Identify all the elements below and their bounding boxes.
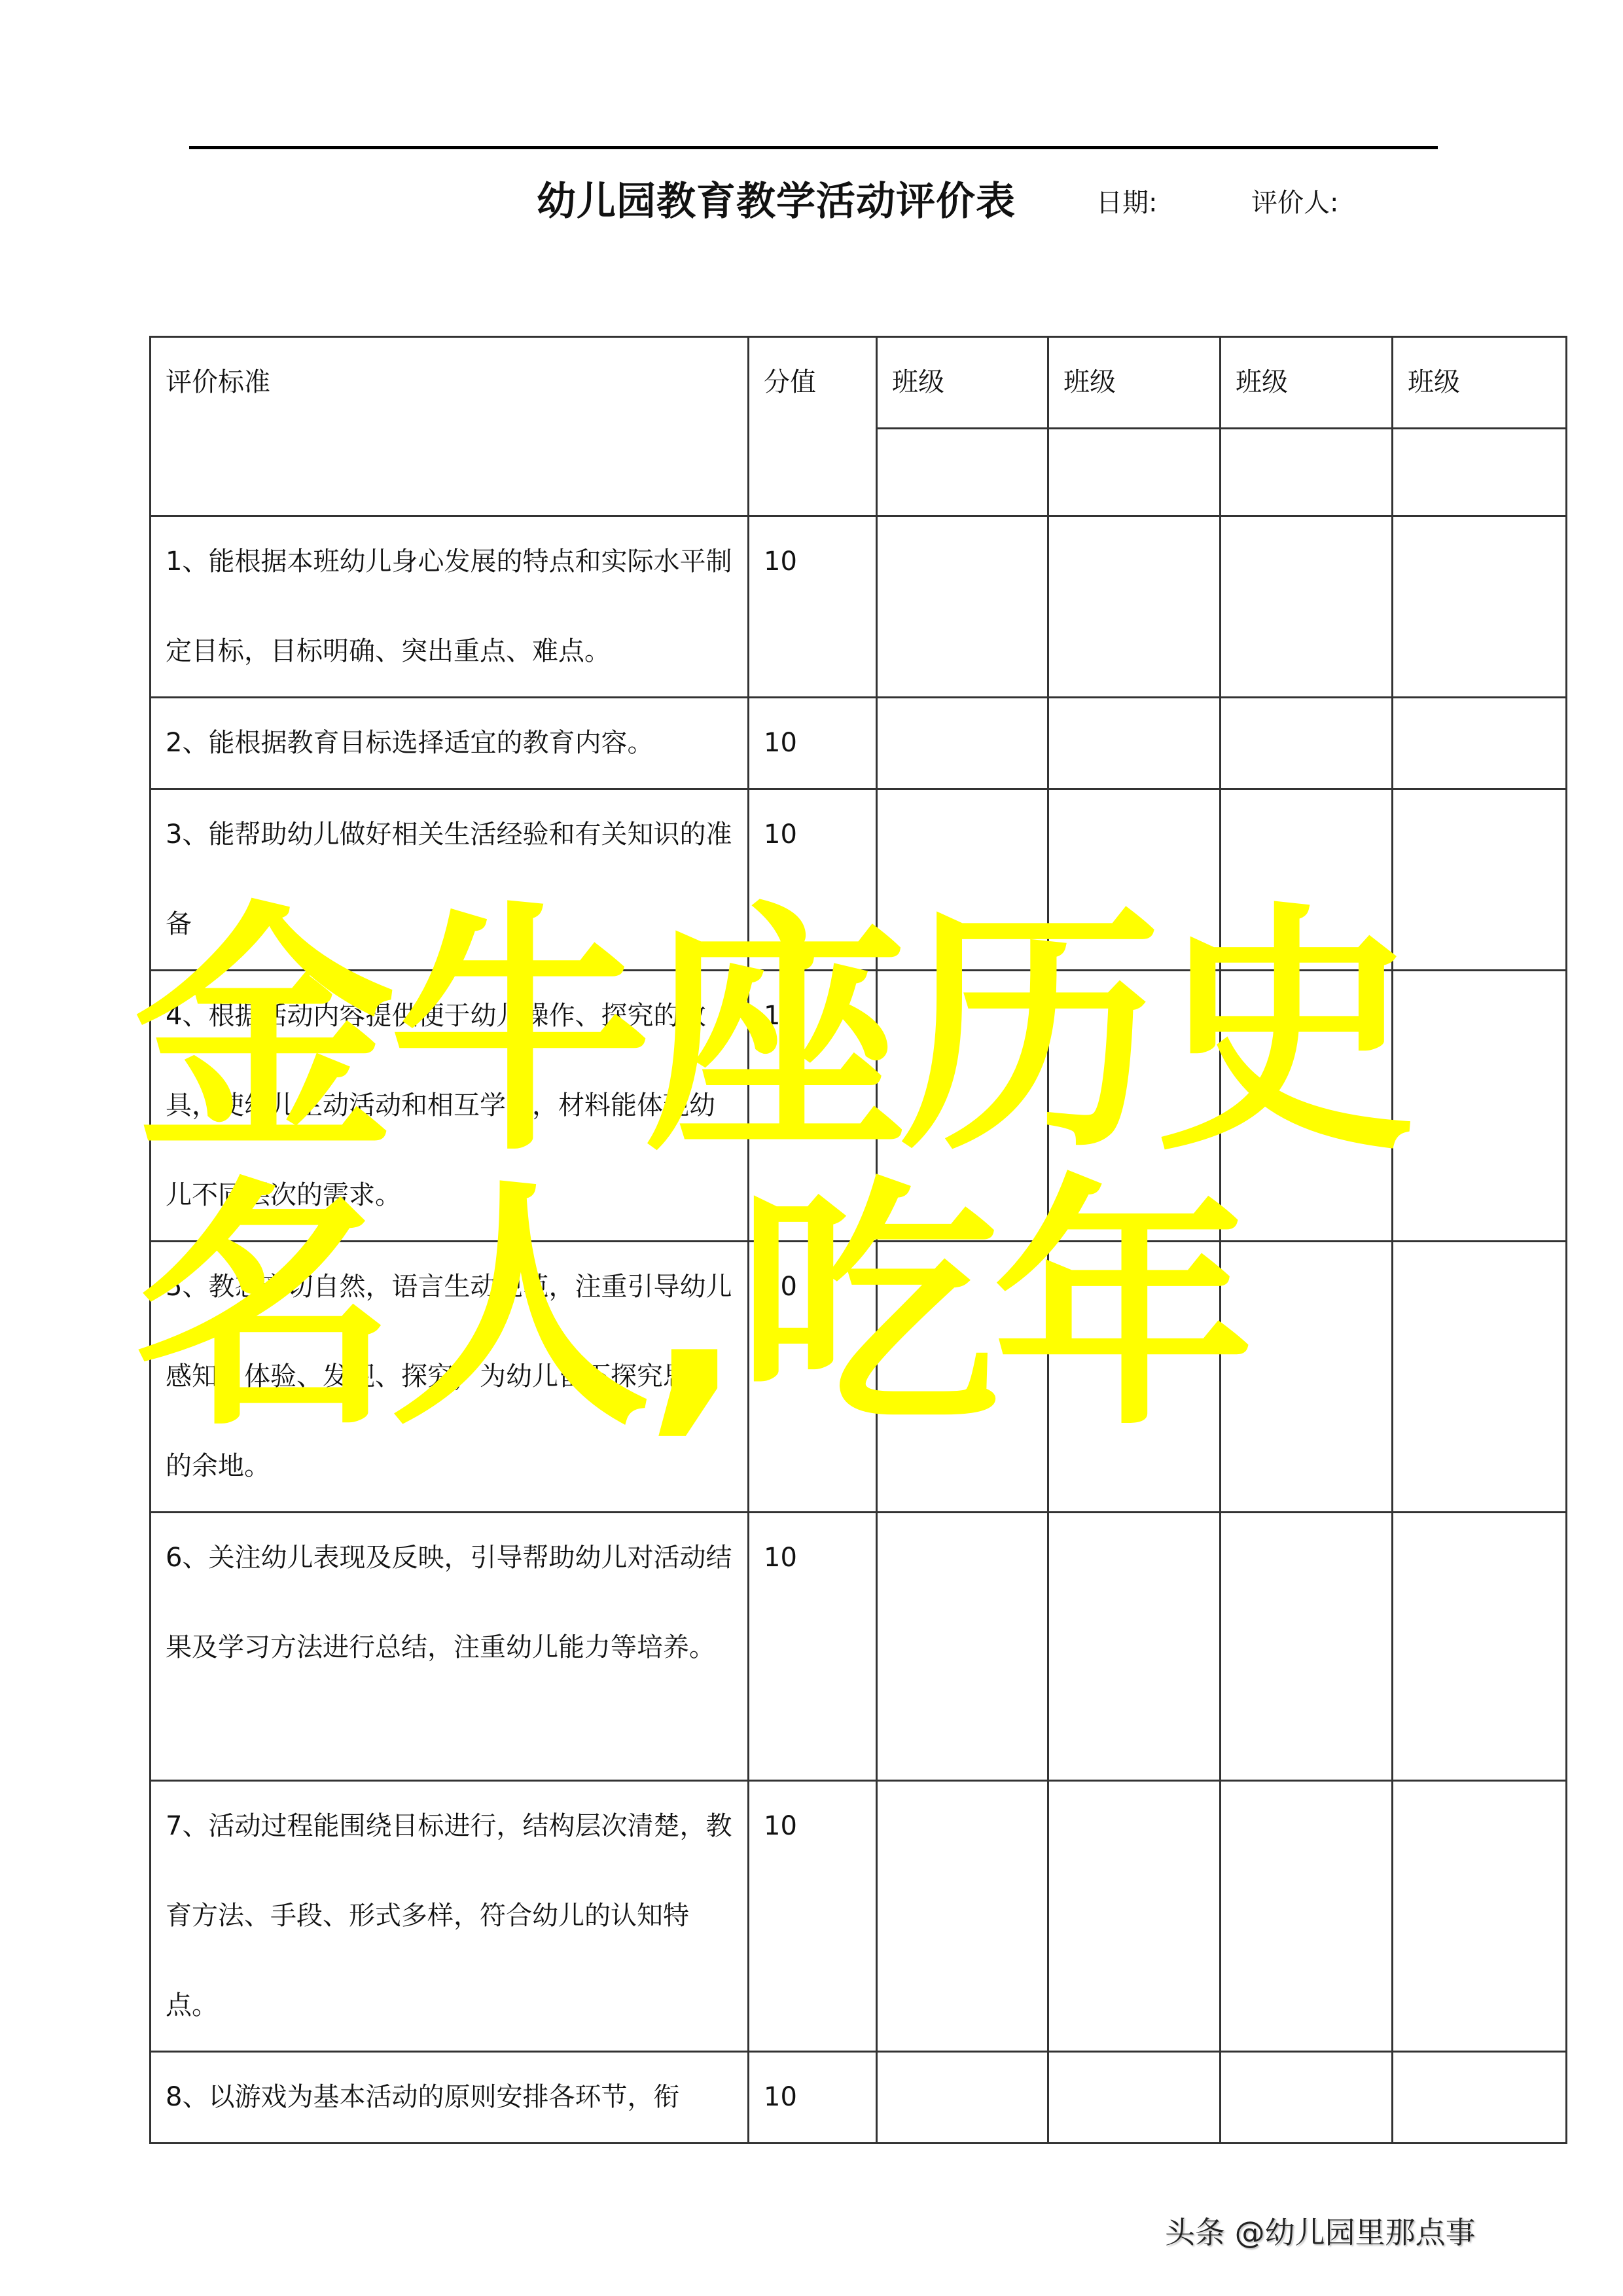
header-row: 评价标准 分值 班级 班级 班级 班级: [151, 337, 1567, 429]
table-row: 1、能根据本班幼儿身心发展的特点和实际水平制定目标，目标明确、突出重点、难点。 …: [151, 516, 1567, 698]
class-1-name-cell[interactable]: [877, 429, 1048, 516]
class-2-rating-cell[interactable]: [1048, 1781, 1221, 2052]
criteria-cell: 1、能根据本班幼儿身心发展的特点和实际水平制定目标，目标明确、突出重点、难点。: [151, 516, 749, 698]
score-cell: 10: [749, 698, 877, 789]
class-4-rating-cell[interactable]: [1393, 698, 1567, 789]
score-cell: 10: [749, 1513, 877, 1781]
criteria-cell: 4、根据活动内容提供便于幼儿操作、探究的教具，使幼儿主动活动和相互学习，材料能体…: [151, 971, 749, 1242]
class-3-rating-cell[interactable]: [1221, 1781, 1393, 2052]
score-cell: 10: [749, 971, 877, 1242]
class-3-rating-cell[interactable]: [1221, 789, 1393, 971]
table-row: 6、关注幼儿表现及反映，引导帮助幼儿对活动结果及学习方法进行总结，注重幼儿能力等…: [151, 1513, 1567, 1781]
class-3-rating-cell[interactable]: [1221, 2052, 1393, 2144]
class-3-rating-cell[interactable]: [1221, 1242, 1393, 1513]
table-row: 5、教态亲切自然，语言生动规范，注重引导幼儿感知、体验、发现、探究，为幼儿留下探…: [151, 1242, 1567, 1513]
table-row: 4、根据活动内容提供便于幼儿操作、探究的教具，使幼儿主动活动和相互学习，材料能体…: [151, 971, 1567, 1242]
class-3-rating-cell[interactable]: [1221, 516, 1393, 698]
class-1-rating-cell[interactable]: [877, 1781, 1048, 2052]
evaluation-table: 评价标准 分值 班级 班级 班级 班级 1、能根据本班幼儿身心发展的特点和实际水…: [149, 336, 1567, 2144]
score-cell: 10: [749, 2052, 877, 2144]
class-4-rating-cell[interactable]: [1393, 971, 1567, 1242]
table-row: 7、活动过程能围绕目标进行，结构层次清楚，教育方法、手段、形式多样，符合幼儿的认…: [151, 1781, 1567, 2052]
class-1-rating-cell[interactable]: [877, 2052, 1048, 2144]
class-4-name-cell[interactable]: [1393, 429, 1567, 516]
class-2-rating-cell[interactable]: [1048, 698, 1221, 789]
table-row: 2、能根据教育目标选择适宜的教育内容。 10: [151, 698, 1567, 789]
score-cell: 10: [749, 1781, 877, 2052]
class-4-rating-cell[interactable]: [1393, 1781, 1567, 2052]
header-class-4: 班级: [1393, 337, 1567, 429]
class-4-rating-cell[interactable]: [1393, 1513, 1567, 1781]
class-4-rating-cell[interactable]: [1393, 2052, 1567, 2144]
header-score: 分值: [749, 337, 877, 516]
header-class-1: 班级: [877, 337, 1048, 429]
criteria-cell: 5、教态亲切自然，语言生动规范，注重引导幼儿感知、体验、发现、探究，为幼儿留下探…: [151, 1242, 749, 1513]
class-4-rating-cell[interactable]: [1393, 1242, 1567, 1513]
criteria-cell: 2、能根据教育目标选择适宜的教育内容。: [151, 698, 749, 789]
criteria-cell: 3、能帮助幼儿做好相关生活经验和有关知识的准备: [151, 789, 749, 971]
class-2-rating-cell[interactable]: [1048, 971, 1221, 1242]
class-1-rating-cell[interactable]: [877, 698, 1048, 789]
class-2-rating-cell[interactable]: [1048, 516, 1221, 698]
header-class-3: 班级: [1221, 337, 1393, 429]
watermark: 头条 @幼儿园里那点事: [1165, 2209, 1476, 2252]
table-row: 8、以游戏为基本活动的原则安排各环节，衔 10: [151, 2052, 1567, 2144]
score-cell: 10: [749, 516, 877, 698]
class-3-name-cell[interactable]: [1221, 429, 1393, 516]
criteria-cell: 8、以游戏为基本活动的原则安排各环节，衔: [151, 2052, 749, 2144]
header-criteria: 评价标准: [151, 337, 749, 516]
class-2-rating-cell[interactable]: [1048, 1513, 1221, 1781]
class-2-name-cell[interactable]: [1048, 429, 1221, 516]
top-rule: [189, 146, 1438, 149]
class-4-rating-cell[interactable]: [1393, 516, 1567, 698]
class-2-rating-cell[interactable]: [1048, 789, 1221, 971]
class-3-rating-cell[interactable]: [1221, 698, 1393, 789]
class-1-rating-cell[interactable]: [877, 789, 1048, 971]
class-3-rating-cell[interactable]: [1221, 971, 1393, 1242]
table-row: 3、能帮助幼儿做好相关生活经验和有关知识的准备 10: [151, 789, 1567, 971]
class-1-rating-cell[interactable]: [877, 1513, 1048, 1781]
class-1-rating-cell[interactable]: [877, 971, 1048, 1242]
class-1-rating-cell[interactable]: [877, 516, 1048, 698]
class-2-rating-cell[interactable]: [1048, 2052, 1221, 2144]
class-2-rating-cell[interactable]: [1048, 1242, 1221, 1513]
class-3-rating-cell[interactable]: [1221, 1513, 1393, 1781]
class-4-rating-cell[interactable]: [1393, 789, 1567, 971]
header-class-2: 班级: [1048, 337, 1221, 429]
criteria-cell: 6、关注幼儿表现及反映，引导帮助幼儿对活动结果及学习方法进行总结，注重幼儿能力等…: [151, 1513, 749, 1781]
evaluator-label: 评价人:: [1251, 183, 1338, 223]
class-1-rating-cell[interactable]: [877, 1242, 1048, 1513]
criteria-cell: 7、活动过程能围绕目标进行，结构层次清楚，教育方法、手段、形式多样，符合幼儿的认…: [151, 1781, 749, 2052]
score-cell: 10: [749, 789, 877, 971]
document-title: 幼儿园教育教学活动评价表: [537, 175, 1016, 228]
score-cell: 10: [749, 1242, 877, 1513]
date-label: 日期:: [1096, 183, 1157, 223]
